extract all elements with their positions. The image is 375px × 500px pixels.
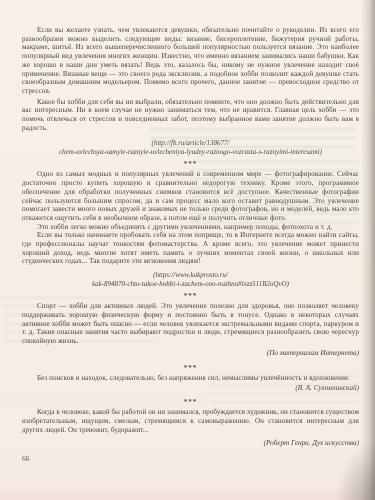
- source-url-kakprosto-line1: (https://www.kakprosto.ru/: [22, 271, 359, 280]
- source-url-fb: (http://fb.ru/article/138677/ chem-uvlec…: [22, 139, 359, 157]
- section-separator: ***: [22, 398, 359, 406]
- source-url-kakprosto: (https://www.kakprosto.ru/ kak-894870-ch…: [22, 271, 359, 289]
- attribution-internet-materials: (По материалам Интернета): [22, 349, 359, 358]
- paragraph-sport-hobby: Спорт — хобби для активных людей. Это ув…: [22, 302, 359, 346]
- paragraph-needlework-hobby: Если вы желаете узнать, чем увлекаются д…: [22, 26, 359, 96]
- source-url-fb-line1: (http://fb.ru/article/138677/: [22, 139, 359, 148]
- paragraph-photography-combine: Это хобби легко можно объединять с други…: [22, 223, 359, 232]
- section-separator: ***: [22, 292, 359, 300]
- paragraph-hobby-choice-advice: Какое бы хобби для себя вы ни выбрали, о…: [22, 98, 359, 133]
- source-url-fb-line2: chem-uvlechsya-samyie-raznyie-uvlecheniy…: [22, 148, 359, 157]
- paragraph-photography-hobby: Одно из самых модных и популярных увлече…: [22, 170, 359, 222]
- book-page: Если вы желаете узнать, чем увлекаются д…: [0, 0, 375, 500]
- section-separator: ***: [22, 364, 359, 372]
- section-separator: ***: [22, 160, 359, 168]
- page-edge-shadow-right: [361, 0, 375, 500]
- page-corner-shadow: [335, 440, 375, 500]
- attribution-robert-henri: (Роберт Генри. Дух искусства): [22, 439, 359, 448]
- page-edge-tint-bottom: [0, 486, 375, 500]
- paragraph-search-inspiration: Без поисков и находок, следовательно, бе…: [22, 374, 359, 383]
- paragraph-photography-learning: Если вы только начинаете пробовать себя …: [22, 231, 359, 266]
- paragraph-artist-awakens: Когда в человеке, какой бы работой он ни…: [22, 408, 359, 434]
- source-url-kakprosto-line2: kak-894870-chto-takoe-hobbi-i-zachem-ono…: [22, 280, 359, 289]
- attribution-sukhomlinsky: (В. А. Сухомлинский): [22, 384, 359, 393]
- page-number: 66: [22, 454, 359, 463]
